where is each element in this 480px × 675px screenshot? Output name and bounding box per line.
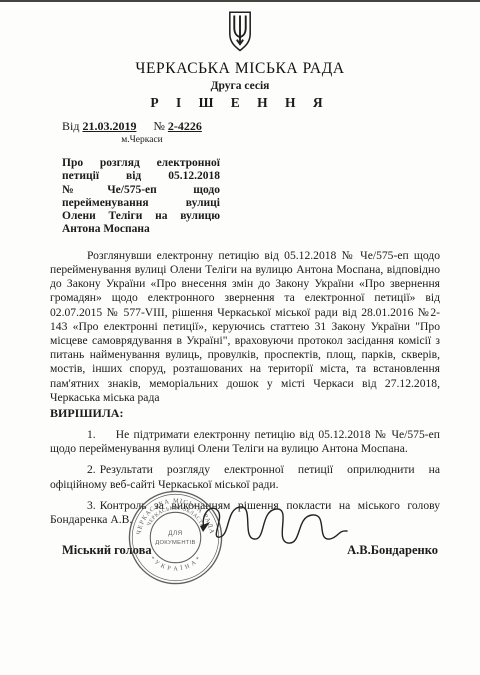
stamp-center-line2: ДОКУМЕНТІВ (155, 540, 195, 546)
number-sign: № (153, 119, 164, 133)
resolution-label: ВИРІШИЛА: (50, 406, 440, 421)
svg-text:* У К Р А Ї Н А *: * У К Р А Ї Н А * (149, 556, 203, 573)
document-type-title: Р І Ш Е Н Н Я (0, 95, 480, 111)
organization-name: ЧЕРКАСЬКА МІСЬКА РАДА (0, 60, 480, 78)
item-number: 3. (87, 499, 96, 512)
ukraine-trident-icon (226, 9, 254, 55)
document-number: 2-4226 (168, 119, 202, 133)
from-label: Від (62, 119, 79, 133)
item-number: 1. (87, 428, 96, 441)
scanned-document-page: ЧЕРКАСЬКА МІСЬКА РАДА Друга сесія Р І Ш … (0, 0, 480, 675)
signatory-name: А.В.Бондаренко (347, 543, 438, 558)
document-date: 21.03.2019 (82, 119, 136, 133)
subject-block: Про розгляд електронної петиції від 05.1… (62, 157, 220, 237)
resolution-item-1: 1.Не підтримати електронну петицію від 0… (50, 428, 440, 456)
handwritten-signature (198, 499, 348, 555)
body-paragraph: Розглянувши електронну петицію від 05.12… (50, 249, 440, 405)
stamp-center-line1: ДЛЯ (168, 530, 182, 537)
document-meta-line: Від 21.03.2019 № 2-4226 (62, 119, 480, 134)
item-number: 2. (87, 463, 96, 476)
item-text: Не підтримати електронну петицію від 05.… (50, 428, 440, 455)
session-label: Друга сесія (0, 80, 480, 92)
resolution-item-2: 2.Результати розгляду електронної петиці… (50, 463, 440, 491)
city-label: м.Черкаси (92, 135, 192, 145)
scan-edge-artifact (0, 0, 480, 2)
stamp-ring-bottom-text: * У К Р А Ї Н А * (149, 556, 203, 573)
item-text: Результати розгляду електронної петиції … (50, 463, 440, 490)
